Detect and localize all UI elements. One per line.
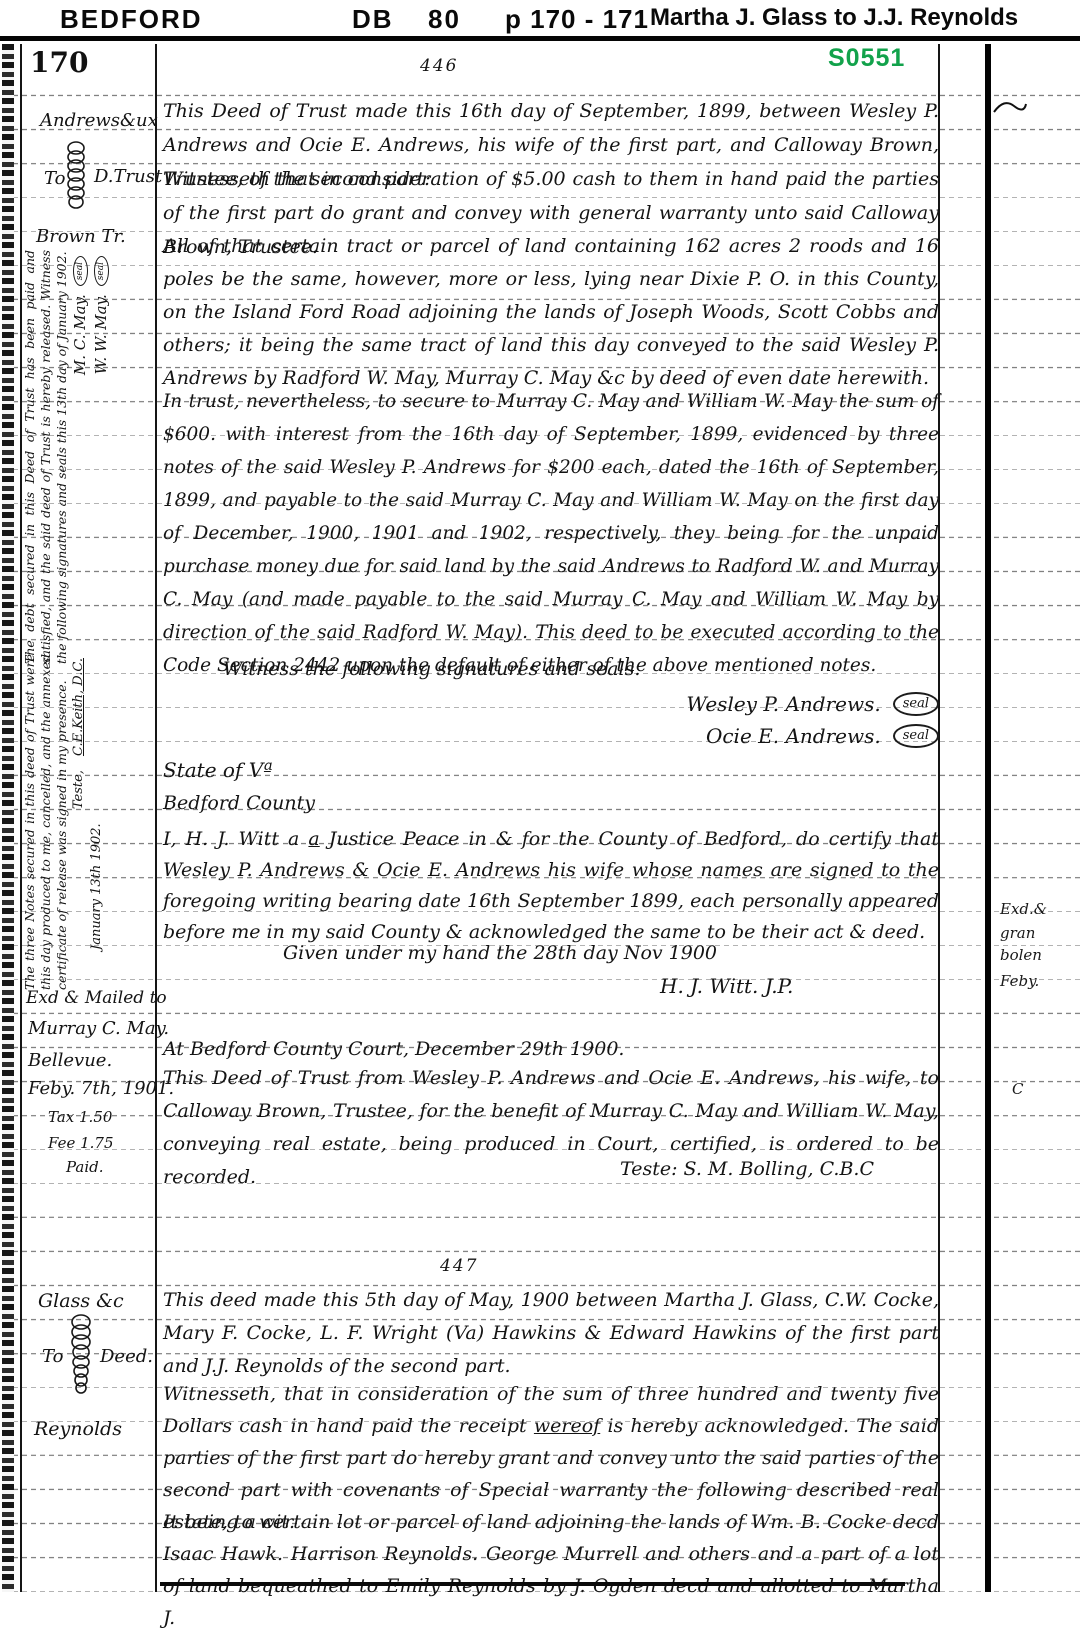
edge-fragment-3: bolen [1000,946,1042,964]
seal-mark: seal [893,724,939,748]
top-rule-line [0,36,1080,41]
margin-instrument-446: D.Trust [94,166,162,187]
deed-446-trust-terms: In trust, nevertheless, to secure to Mur… [163,385,939,682]
state-caption: State of Vª [163,758,273,782]
grantor-signature-1: Wesley P. Andrews. [686,692,880,716]
seal-mark: seal [893,692,939,716]
exd-mailed-line1: Exd & Mailed to [26,988,167,1008]
margin-grantor-447: Glass &c [38,1290,124,1312]
release-signature-1: M. C. May. [70,294,91,375]
braided-flourish-icon [66,140,86,216]
deed-447-opening: This deed made this 5th day of May, 1900… [163,1284,939,1383]
bottom-rule-line [160,1582,905,1586]
annotation-page-range: p 170 - 171 [505,4,649,35]
margin-release-note-block: The debt secured in this Deed of Trust h… [22,250,146,664]
exd-mailed-date: Feby. 7th, 1901. [28,1078,174,1099]
ack-text-a: I, H. J. Witt a [163,828,308,850]
tax-line: Tax 1.50 [48,1108,112,1126]
annotation-book: DB [352,4,394,35]
given-under-hand-line: Given under my hand the 28th day Nov 190… [283,942,717,964]
exd-mailed-line2: Murray C. May. [28,1018,169,1039]
edge-fragment-2: gran [1000,924,1035,942]
margin-instrument-447: Deed. [100,1346,153,1367]
margin-to-446: To [44,168,65,189]
clerk-teste-signature: Teste: S. M. Bolling, C.B.C [620,1158,874,1180]
deed-book-page: 170 S0551 Andrews&ux To D.Trust Brown Tr… [0,44,1080,1592]
edge-fragment-5: C [1012,1080,1023,1098]
stray-pen-mark [992,96,1028,116]
seal-mark: seal [94,256,109,286]
grantor-signature-2: Ocie E. Andrews. [706,724,881,748]
page-number: 170 [30,46,88,79]
signature-row-1: Wesley P. Andrews. seal [163,692,939,716]
margin-to-447: To [42,1346,63,1367]
annotation-parties: Martha J. Glass to J.J. Reynolds [650,4,1018,32]
deed-447-description: It being a certain lot or parcel of land… [163,1506,939,1592]
annotation-county: BEDFORD [60,4,203,35]
margin-grantee-447: Reynolds [34,1418,122,1440]
deed-446-description: All of that certain tract or parcel of l… [163,230,939,395]
deed-447-underlined-word: wereof [534,1415,600,1437]
document-number-446: 446 [420,56,458,76]
page-edge-rule [985,44,991,1592]
edge-fragment-1: Exd.& [1000,900,1047,918]
margin-cancel-note-block: The three Notes secured in this deed of … [22,654,150,990]
justice-signature: H. J. Witt. J.P. [660,974,793,998]
reference-stamp: S0551 [828,44,905,73]
county-caption: Bedford County [163,792,315,814]
acknowledgment-paragraph: I, H. J. Witt a a Justice Peace in & for… [163,824,939,948]
cancel-clerk-signature: C.E.Keith, D.C. [70,658,88,756]
document-number-447: 447 [440,1256,478,1276]
cancel-note-text: The three Notes secured in this deed of … [22,654,70,990]
cancel-date: January 13th 1902. [88,654,106,990]
margin-grantor-446: Andrews&ux [40,110,158,131]
margin-rule-line [155,44,157,1592]
ack-underlined-a: a [308,828,319,850]
cancel-teste-label: Teste, [70,770,88,809]
seal-mark: seal [73,256,88,286]
court-caption: At Bedford County Court, December 29th 1… [163,1032,939,1066]
annotation-book-number: 80 [428,4,461,35]
margin-grantee-446: Brown Tr. [36,226,126,247]
fee-line: Fee 1.75 [48,1134,114,1152]
release-signature-2: W. W. May. [91,294,112,374]
signature-row-2: Ocie E. Andrews. seal [163,724,939,748]
exd-mailed-line3: Bellevue. [28,1050,112,1071]
paid-line: Paid. [66,1158,104,1176]
witness-line: Witness the following signatures and sea… [223,658,640,680]
binding-edge [2,44,14,1592]
release-note-text: The debt secured in this Deed of Trust h… [22,250,70,664]
braided-flourish-icon [70,1314,92,1396]
edge-fragment-4: Feby. [1000,972,1039,990]
